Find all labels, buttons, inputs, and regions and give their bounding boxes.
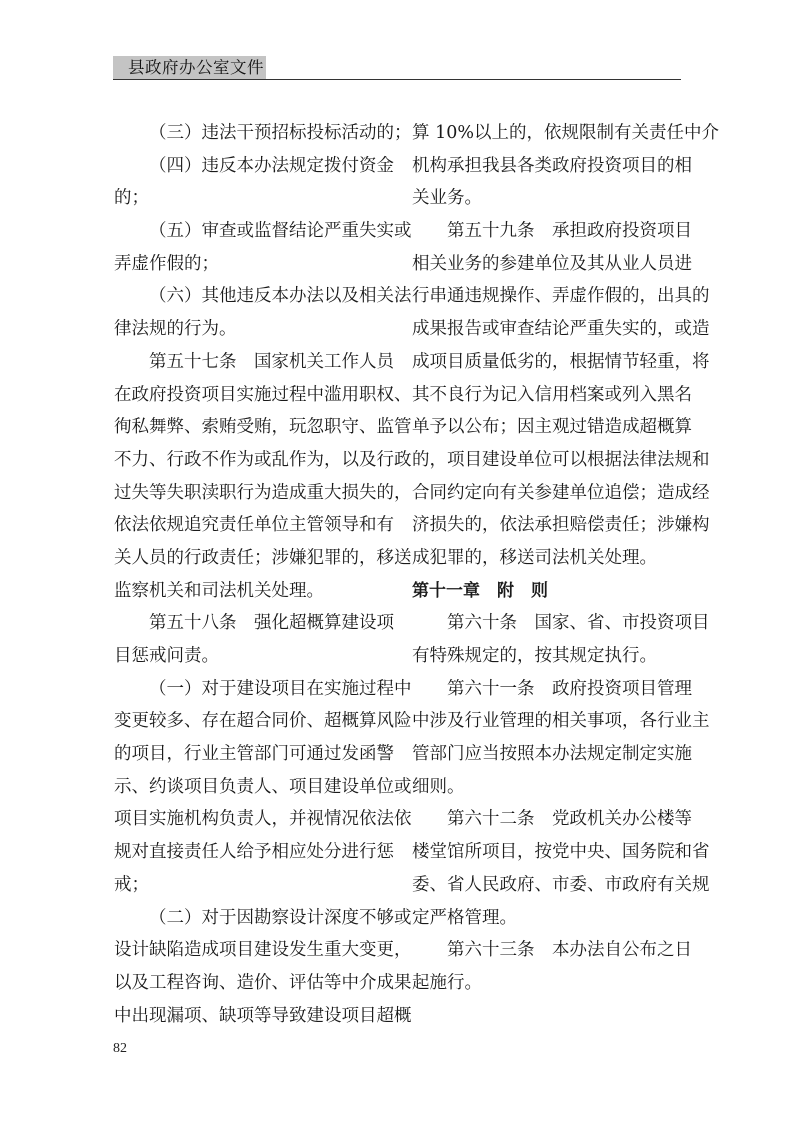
text-line: 监察机关和司法机关处理。 — [114, 575, 386, 608]
text-line: 细则。 — [412, 771, 684, 804]
text-line: 成果报告或审查结论严重失实的，或造 — [412, 313, 684, 346]
text-line: 有特殊规定的，按其规定执行。 — [412, 640, 684, 673]
text-line: 楼堂馆所项目，按党中央、国务院和省 — [412, 836, 684, 869]
text-line: 的，项目建设单位可以根据法律法规和 — [412, 444, 684, 477]
text-line: 成犯罪的，移送司法机关处理。 — [412, 542, 684, 575]
text-line: 弄虚作假的； — [114, 248, 386, 281]
text-line: 第六十三条 本办法自公布之日 — [412, 934, 684, 967]
text-line: 中出现漏项、缺项等导致建设项目超概 — [114, 1000, 386, 1033]
text-line: 规对直接责任人给予相应处分进行惩 — [114, 836, 386, 869]
text-line: （五）审查或监督结论严重失实或 — [114, 215, 386, 248]
text-line: 第六十条 国家、省、市投资项目 — [412, 607, 684, 640]
text-line: 成项目质量低劣的，根据情节轻重，将 — [412, 346, 684, 379]
left-text-column: （三）违法干预招标投标活动的；（四）违反本办法规定拨付资金的；（五）审查或监督结… — [114, 117, 386, 1032]
text-line: 徇私舞弊、索贿受贿，玩忽职守、监管 — [114, 411, 386, 444]
text-line: 以及工程咨询、造价、评估等中介成果 — [114, 967, 386, 1000]
text-line: 关人员的行政责任；涉嫌犯罪的，移送 — [114, 542, 386, 575]
text-line: 第六十二条 党政机关办公楼等 — [412, 803, 684, 836]
text-line: 关业务。 — [412, 182, 684, 215]
text-line: 的项目，行业主管部门可通过发函警 — [114, 738, 386, 771]
text-line: 中涉及行业管理的相关事项，各行业主 — [412, 705, 684, 738]
chapter-heading: 第十一章 附 则 — [412, 575, 684, 608]
text-line: 第五十八条 强化超概算建设项 — [114, 607, 386, 640]
text-line: （二）对于因勘察设计深度不够或 — [114, 902, 386, 935]
text-line: 合同约定向有关参建单位追偿；造成经 — [412, 477, 684, 510]
text-line: 过失等失职渎职行为造成重大损失的， — [114, 477, 386, 510]
header-divider — [113, 79, 681, 80]
text-line: 戒； — [114, 869, 386, 902]
text-line: 在政府投资项目实施过程中滥用职权、 — [114, 379, 386, 412]
text-line: 第五十九条 承担政府投资项目 — [412, 215, 684, 248]
right-text-column: 算 10%以上的，依规限制有关责任中介机构承担我县各类政府投资项目的相关业务。第… — [412, 117, 684, 1000]
text-line: 变更较多、存在超合同价、超概算风险 — [114, 705, 386, 738]
text-line: 示、约谈项目负责人、项目建设单位或 — [114, 771, 386, 804]
text-line: 委、省人民政府、市委、市政府有关规 — [412, 869, 684, 902]
text-line: （六）其他违反本办法以及相关法 — [114, 280, 386, 313]
text-line: （三）违法干预招标投标活动的； — [114, 117, 386, 150]
text-line: 不力、行政不作为或乱作为，以及行政 — [114, 444, 386, 477]
text-line: 项目实施机构负责人，并视情况依法依 — [114, 803, 386, 836]
text-line: 设计缺陷造成项目建设发生重大变更， — [114, 934, 386, 967]
text-line: 机构承担我县各类政府投资项目的相 — [412, 150, 684, 183]
text-line: 济损失的，依法承担赔偿责任；涉嫌构 — [412, 509, 684, 542]
text-line: 起施行。 — [412, 967, 684, 1000]
header-title: 县政府办公室文件 — [128, 57, 264, 79]
text-line: 行串通违规操作、弄虚作假的，出具的 — [412, 280, 684, 313]
text-line: 律法规的行为。 — [114, 313, 386, 346]
text-line: 依法依规追究责任单位主管领导和有 — [114, 509, 386, 542]
text-line: 相关业务的参建单位及其从业人员进 — [412, 248, 684, 281]
text-line: 管部门应当按照本办法规定制定实施 — [412, 738, 684, 771]
text-line: 第五十七条 国家机关工作人员 — [114, 346, 386, 379]
text-line: 算 10%以上的，依规限制有关责任中介 — [412, 117, 684, 150]
text-line: （四）违反本办法规定拨付资金 — [114, 150, 386, 183]
text-line: 其不良行为记入信用档案或列入黑名 — [412, 379, 684, 412]
page-number: 82 — [113, 1041, 127, 1057]
text-line: 的； — [114, 182, 386, 215]
text-line: 目惩戒问责。 — [114, 640, 386, 673]
text-line: （一）对于建设项目在实施过程中 — [114, 673, 386, 706]
text-line: 单予以公布；因主观过错造成超概算 — [412, 411, 684, 444]
text-line: 第六十一条 政府投资项目管理 — [412, 673, 684, 706]
text-line: 定严格管理。 — [412, 902, 684, 935]
